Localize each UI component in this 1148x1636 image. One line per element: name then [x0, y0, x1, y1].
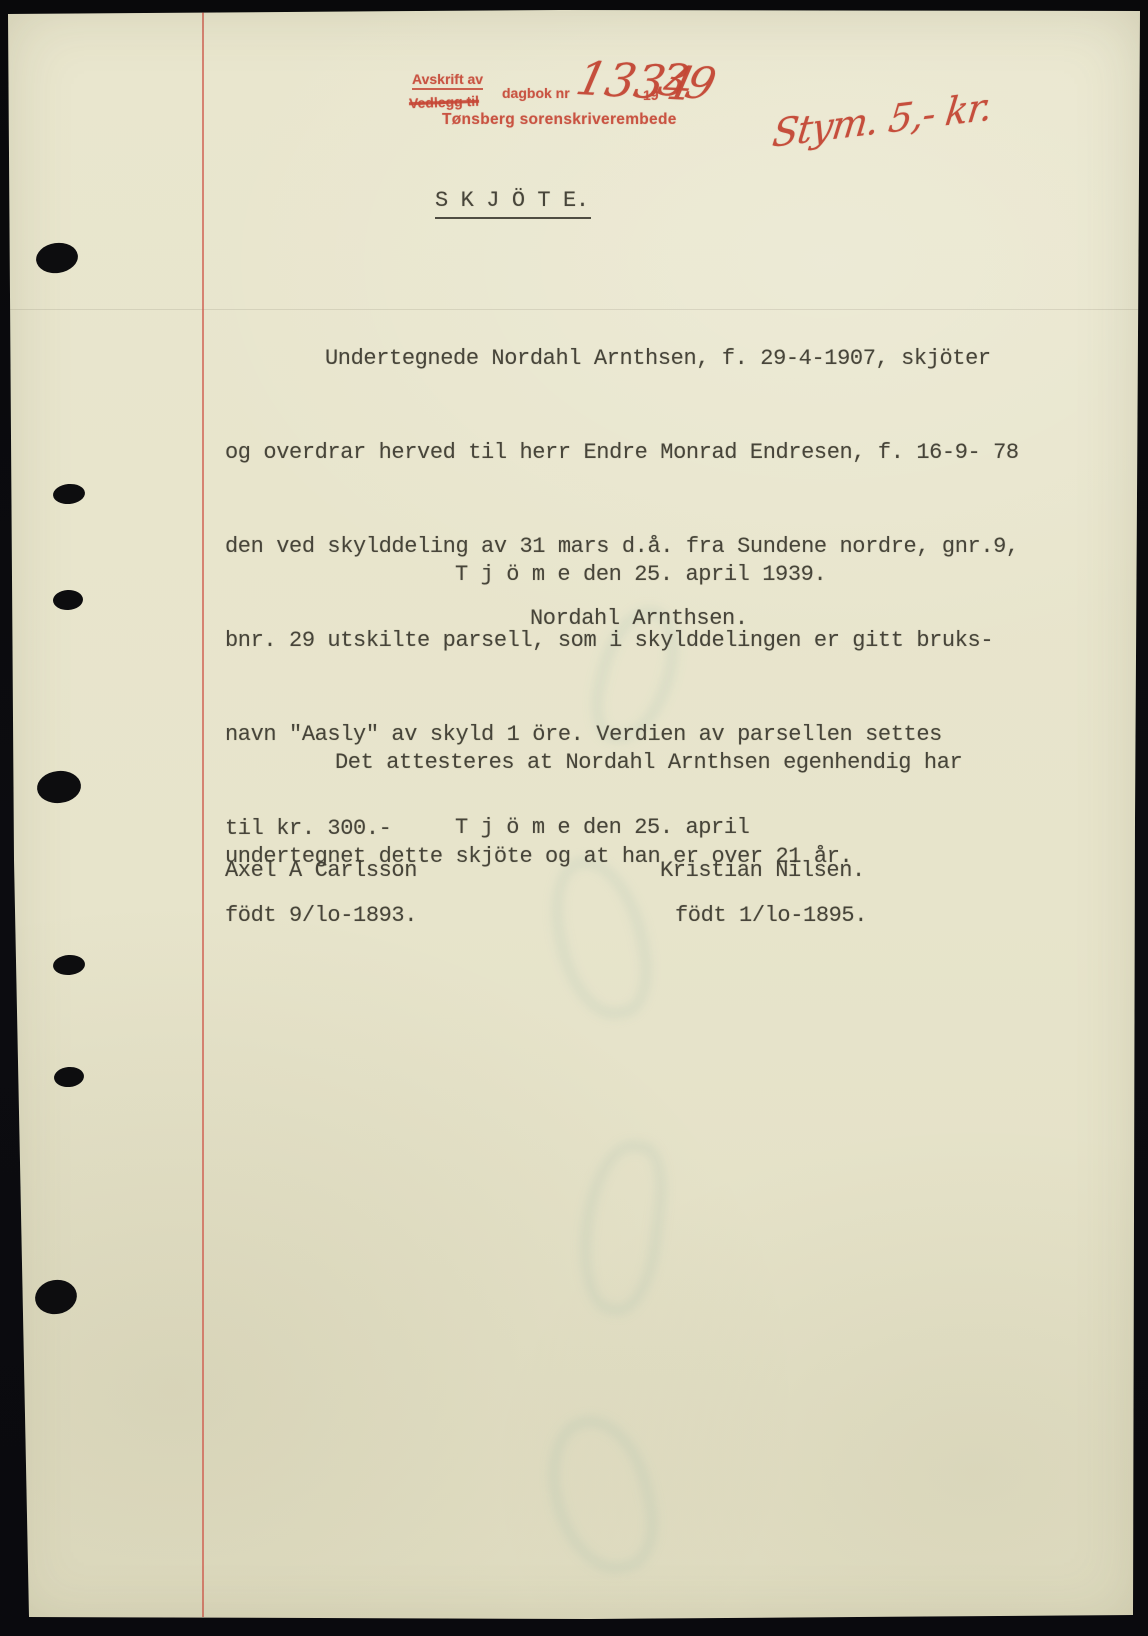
deed-dateline: T j ö m e den 25. april 1939. [455, 553, 826, 597]
bleedthrough-watermark [535, 1406, 668, 1584]
stamp-office-name: Tønsberg sorenskriverembede [442, 111, 677, 129]
deed-line: og overdrar herved til herr Endre Monrad… [225, 431, 1019, 475]
paper-sheet: Avskrift av Vedlegg til dagbok nr 1334 1… [0, 0, 1148, 1636]
deed-line: Undertegnede Nordahl Arnthsen, f. 29-4-1… [225, 337, 1019, 381]
deed-title: S K J Ö T E. [435, 188, 591, 219]
red-margin-line [202, 11, 204, 1617]
seller-signature: Nordahl Arnthsen. [530, 597, 748, 641]
attestation-line: Det attesteres at Nordahl Arnthsen egenh… [225, 741, 962, 785]
fee-note-handwritten: Stym. 5,- kr. [770, 84, 994, 156]
bleedthrough-watermark [572, 1136, 673, 1319]
stamp-dagbok-nr: dagbok nr [502, 85, 570, 101]
scanned-document: Avskrift av Vedlegg til dagbok nr 1334 1… [0, 0, 1148, 1636]
witness-born: födt 9/lo-1893. [225, 894, 417, 938]
witness-name: Kristian Nilsen. [660, 849, 865, 893]
witness-name: Axel A Carlsson [225, 849, 417, 893]
attestation-dateline: T j ö m e den 25. april [455, 806, 749, 850]
stamp-vedlegg-til: Vedlegg til [409, 93, 480, 111]
witness-born: födt 1/lo-1895. [675, 894, 867, 938]
stamp-avskrift-av: Avskrift av [412, 71, 483, 90]
